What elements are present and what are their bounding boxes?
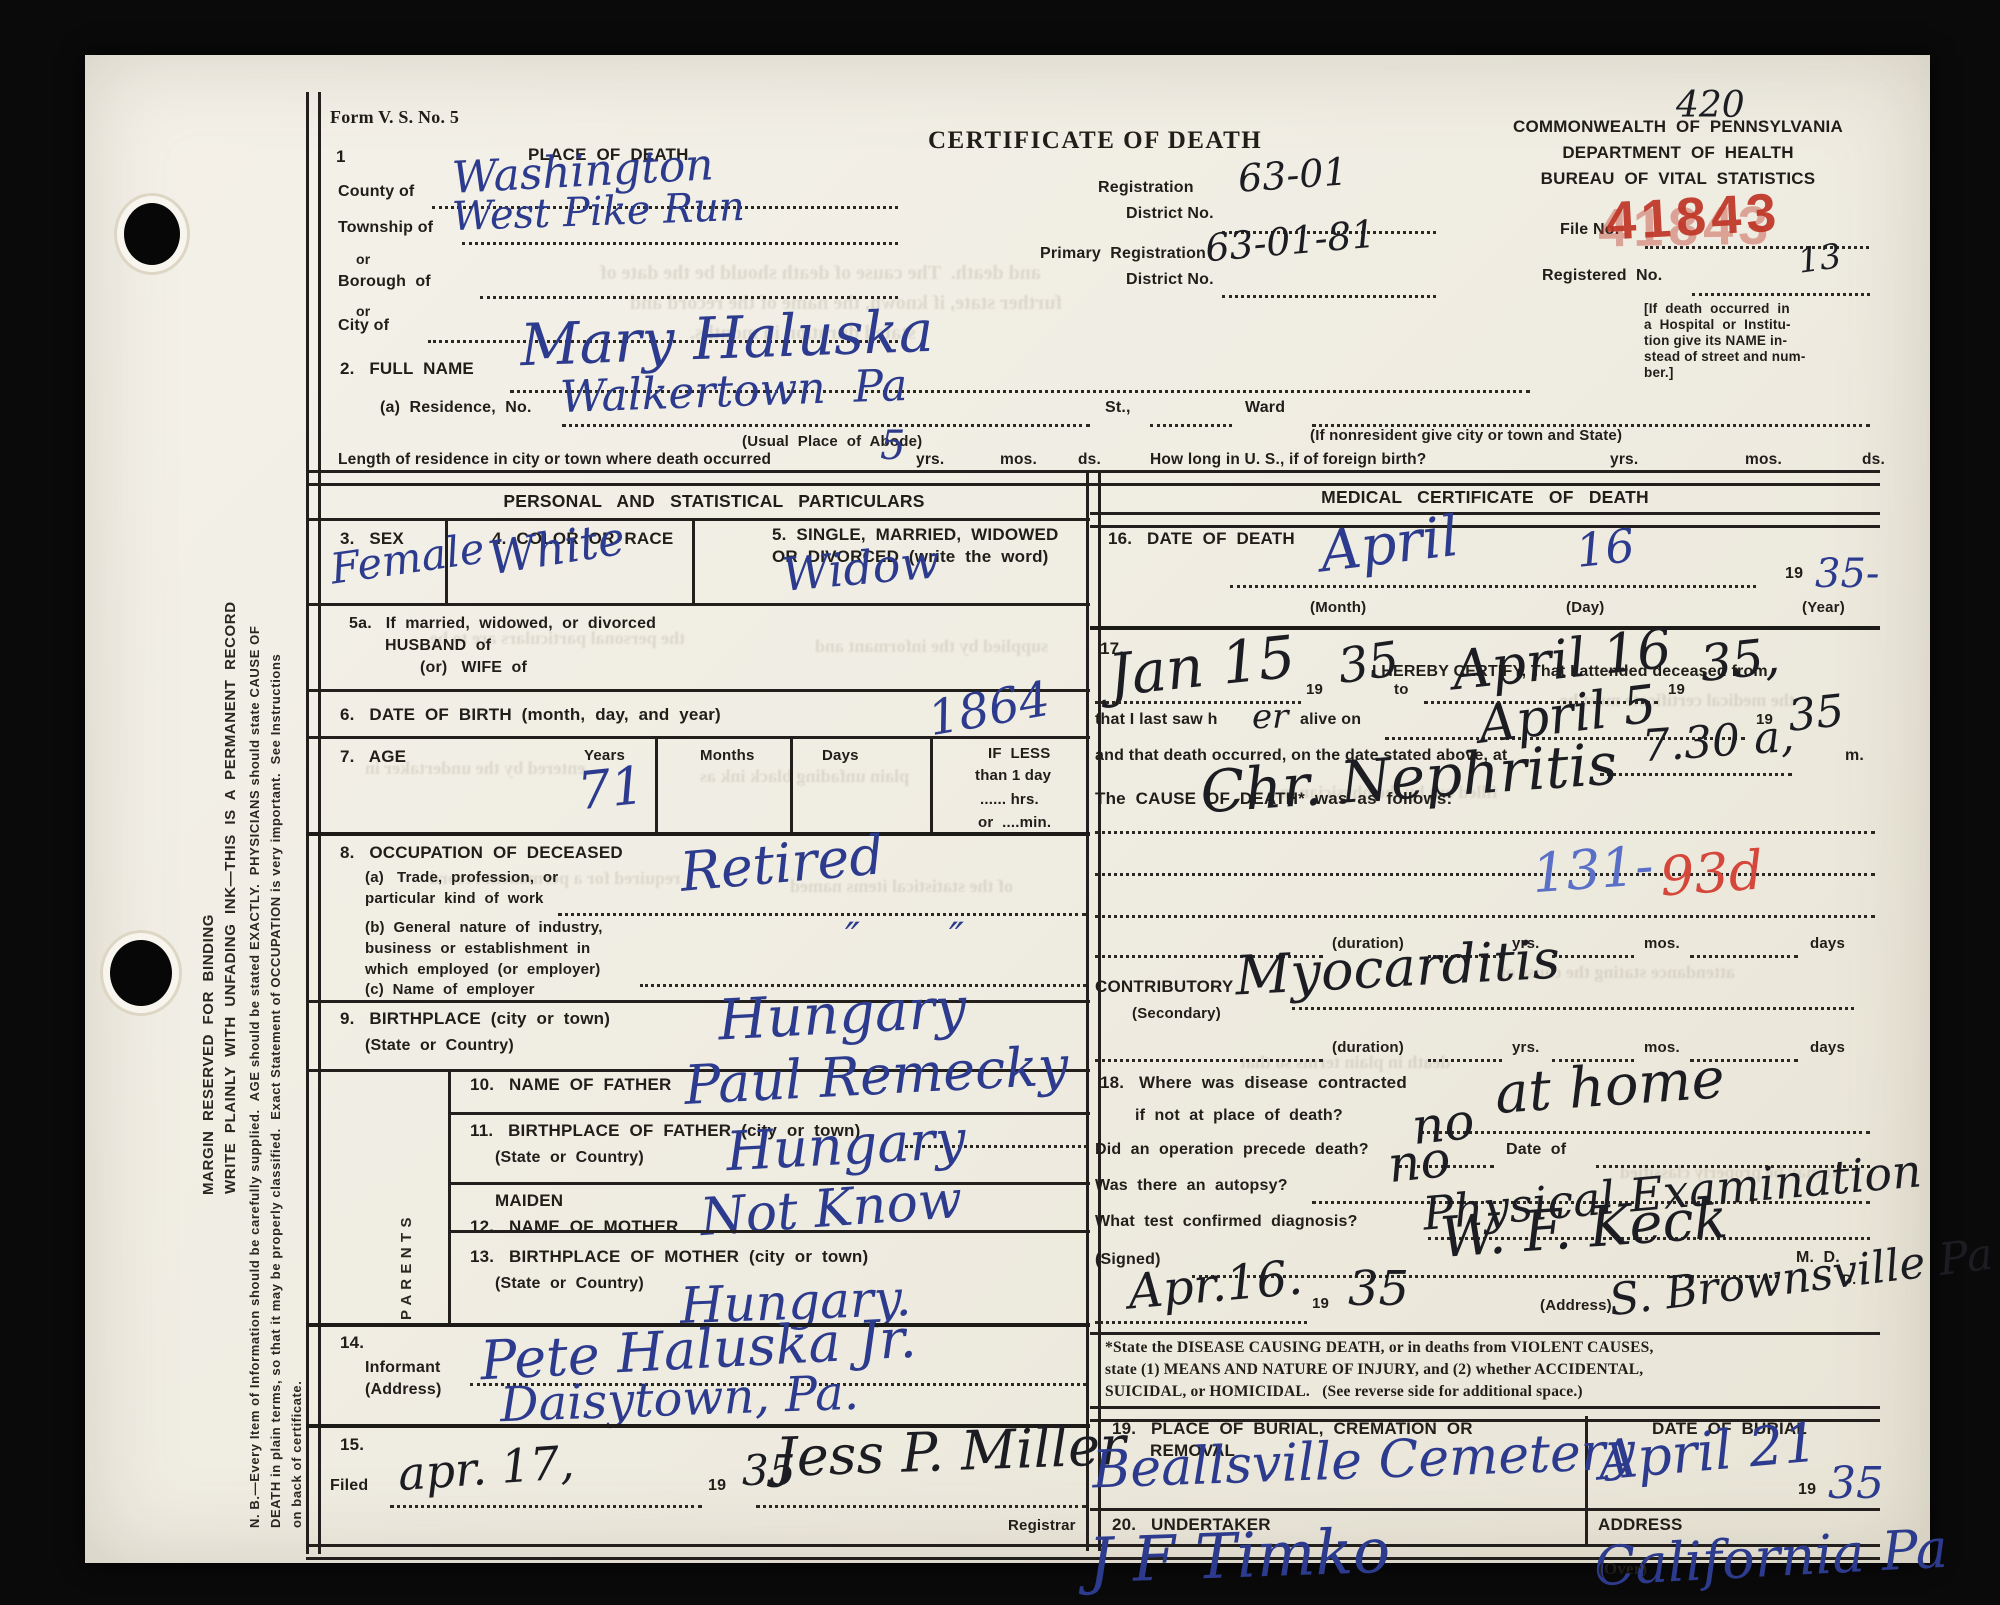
duration-1-days: days [1810,936,1845,952]
occupation-label: 8. OCCUPATION OF DECEASED [340,844,623,862]
punch-hole-top [124,203,180,265]
occupation-b-label-3: which employed (or employer) [365,962,600,978]
row-6-rule [306,736,1090,739]
death-year-entry: 35- [1815,556,1879,592]
autopsy-entry: no [1386,1137,1453,1188]
operation-date-label: Date of [1506,1142,1566,1159]
sign-date-line [1095,1318,1307,1324]
filed-line-2 [756,1502,1086,1508]
age-label: 7. AGE [340,748,406,766]
if-less-label-2: than 1 day [975,768,1051,784]
alive-on-label: alive on [1300,712,1361,729]
cause-code-red-entry: 93d [1658,846,1764,902]
age-divider-1 [655,736,658,832]
death-certificate-scan: and death. The cause of death should be … [0,0,2000,1605]
registrar-label: Registrar [1008,1518,1076,1534]
physician-signature: W. F. Keck [1439,1194,1730,1264]
nonresident-caption: (If nonresident give city or town and St… [1310,428,1622,444]
occupation-a-label-1: (a) Trade, profession, or [365,870,558,886]
birthplace-label: 9. BIRTHPLACE (city or town) [340,1010,610,1028]
occupation-a-line [558,910,1086,916]
occupation-c-label: (c) Name of employer [365,982,535,998]
hospital-note-line-1: [If death occurred in [1644,302,1790,316]
row-8-rule [306,1000,1090,1003]
age-divider-2 [790,736,793,832]
form-number: Form V. S. No. 5 [330,108,459,127]
mos-label-2: mos. [1745,452,1782,468]
dob-label: 6. DATE OF BIRTH (month, day, and year) [340,706,721,724]
occupation-b-label-2: business or establishment in [365,941,590,957]
operation-label: Did an operation precede death? [1095,1142,1369,1159]
informant-address-entry: Daisytown, Pa. [499,1372,859,1428]
birthplace-entry: Hungary [717,984,968,1047]
attended-from-entry: Jan 15 [1106,630,1298,701]
agency-line-1: COMMONWEALTH OF PENNSYLVANIA [1480,118,1876,136]
contributory-entry: Myocarditis [1234,936,1561,1002]
occupation-b-label-1: (b) General nature of industry, [365,920,603,936]
parents-group-label: P A R E N T S [398,1090,415,1320]
burial-year-entry: 35 [1828,1464,1884,1504]
ward-label: Ward [1245,400,1285,417]
punch-hole-bottom [110,940,172,1006]
marital-entry: Widow [780,541,941,596]
burial-date-entry: April 21 [1596,1419,1819,1487]
medical-heading-rule [1090,512,1880,528]
registered-no-entry: 13 [1796,241,1843,277]
duration-2-line-a [1095,1056,1323,1062]
personal-section-heading: PERSONAL AND STATISTICAL PARTICULARS [340,492,1088,510]
ds-label-2: ds. [1862,452,1885,468]
father-birthplace-entry: Hungary [725,1116,967,1177]
yrs-label-2: yrs. [1610,452,1638,468]
row-19-rule [1090,1508,1880,1511]
residence-line [562,421,1090,427]
last-saw-year-entry: 35 [1786,691,1846,736]
hospital-note-line-3: tion give its NAME in- [1644,334,1787,348]
test-label: What test confirmed diagnosis? [1095,1214,1358,1231]
if-less-label-4: or ....min. [978,815,1051,831]
city-label: City of [338,318,389,335]
row-10-rule [448,1112,1090,1115]
how-long-us-label: How long in U. S., if of foreign birth? [1150,452,1426,468]
agency-line-2: DEPARTMENT OF HEALTH [1480,144,1876,162]
duration-1-line-d [1690,952,1798,958]
duration-2-yrs: yrs. [1512,1040,1540,1056]
autopsy-label: Was there an autopsy? [1095,1178,1288,1195]
full-name-label: 2. FULL NAME [340,360,474,378]
row-12-rule [448,1230,1090,1233]
registration-district-label-2: District No. [1126,206,1214,223]
registration-district-label: Registration [1098,180,1194,197]
filed-line-1 [390,1502,702,1508]
over-label: (Over) [1598,1560,1647,1578]
last-saw-label: that I last saw h [1095,712,1218,729]
day-caption: (Day) [1566,600,1605,616]
st-line [1150,421,1232,427]
township-line [462,239,898,245]
certificate-title: CERTIFICATE OF DEATH [928,128,1262,154]
age-years-entry: 71 [576,763,647,816]
filed-label: Filed [330,1478,368,1495]
if-less-label-1: IF LESS [988,746,1050,762]
sign-date-entry: Apr.16. [1126,1256,1304,1314]
sign-year-printed: 19 [1312,1296,1329,1312]
mother-label: 12. NAME OF MOTHER [470,1218,678,1236]
death-time-entry: 7.30 a, [1641,717,1796,767]
or-label-1: or [356,252,370,267]
parents-bracket-line [448,1069,451,1323]
birthplace-state-label: (State or Country) [365,1038,514,1055]
cause-line-1 [1095,828,1875,834]
mother-birthplace-label: 13. BIRTHPLACE OF MOTHER (city or town) [470,1248,868,1266]
occupation-a-label-2: particular kind of work [365,891,544,907]
disease-contracted-label-2: if not at place of death? [1135,1108,1343,1125]
contributory-line [1292,1004,1854,1010]
occupation-ditto-entry: ″ ″ [845,920,964,956]
informant-item-number: 14. [340,1334,364,1352]
duration-2-days: days [1810,1040,1845,1056]
mother-birthplace-state-label: (State or Country) [495,1276,644,1293]
primary-registration-label: Primary Registration [1040,246,1206,263]
if-less-label-3: ...... hrs. [980,792,1039,808]
mos-label: mos. [1000,452,1037,468]
father-label: 10. NAME OF FATHER [470,1076,672,1094]
show-through-ghost-line: plain unfading black ink as [700,766,909,787]
registered-no-line [1692,290,1870,296]
filed-item-number: 15. [340,1436,364,1454]
occupation-entry: Retired [678,831,885,897]
form-left-border [306,92,321,1554]
row-7-rule [306,832,1090,836]
medical-section-heading: MEDICAL CERTIFICATE OF DEATH [1090,488,1880,506]
informant-label: Informant [365,1360,441,1377]
secondary-caption: (Secondary) [1132,1006,1221,1022]
duration-2-label: (duration) [1332,1040,1404,1056]
filed-year-printed: 19 [708,1478,726,1495]
death-day-entry: 16 [1574,525,1637,572]
agency-line-3: BUREAU OF VITAL STATISTICS [1480,170,1876,188]
footnote-line-1: *State the DISEASE CAUSING DEATH, or in … [1105,1340,1654,1356]
maiden-label: MAIDEN [495,1192,563,1210]
hospital-note-line-4: stead of street and num- [1644,350,1806,364]
yrs-label: yrs. [916,452,944,468]
last-saw-her-entry: er [1252,702,1288,733]
disease-contracted-entry: at home [1494,1054,1727,1120]
county-label: County of [338,184,414,201]
duration-1-line-c [1552,952,1634,958]
contributory-label: CONTRIBUTORY [1095,978,1233,996]
to-label: to [1394,682,1409,698]
to-year-printed: 19 [1668,682,1685,698]
signature-block-rule [1090,1332,1880,1335]
cause-line-3 [1095,912,1875,918]
to-year-entry: 35, [1698,634,1782,687]
length-residence-label: Length of residence in city or town wher… [338,452,771,468]
show-through-ghost-line: and death. The cause of death should be … [600,262,1041,285]
length-residence-entry: 5 [880,428,905,464]
month-caption: (Month) [1310,600,1366,616]
father-birthplace-state-label: (State or Country) [495,1150,644,1167]
st-label: St., [1105,400,1131,417]
township-entry: West Pike Run [451,189,745,235]
disease-contracted-line [1420,1128,1870,1134]
margin-note-nb-2: DEATH in plain terms, so that it may be … [268,80,283,1528]
death-month-entry: April [1317,512,1461,579]
date-of-death-line [1230,582,1756,588]
row-3-5-rule [306,603,1090,606]
margin-note-binding: MARGIN RESERVED FOR BINDING [200,755,217,1195]
spouse-label-1: 5a. If married, widowed, or divorced [349,616,656,633]
item-1-number: 1 [336,148,346,166]
residence-entry: Walkertown Pa [559,366,908,418]
primary-registration-line [1222,292,1436,298]
filed-date-entry: apr. 17, [397,1442,576,1496]
hospital-note-line-2: a Hospital or Institu- [1644,318,1791,332]
age-divider-3 [930,736,933,832]
disease-contracted-label: 18. Where was disease contracted [1100,1074,1407,1092]
informant-address-label: (Address) [365,1382,441,1399]
death-year-printed: 19 [1785,566,1803,583]
spouse-label-2: HUSBAND of [385,638,491,655]
sign-year-entry: 35 [1348,1268,1409,1311]
margin-note-nb-3: on back of certificate. [289,1324,304,1528]
margin-note-nb-1: N. B.—Every Item of Information should b… [247,80,262,1528]
burial-year-printed: 19 [1798,1482,1816,1499]
death-time-m-label: m. [1845,748,1864,765]
column-divider [1086,470,1101,1551]
hospital-note-line-5: ber.] [1644,366,1674,380]
from-year-entry: 35 [1335,638,1401,689]
footnote-line-3: SUICIDAL, or HOMICIDAL. (See reverse sid… [1105,1384,1583,1400]
file-no-stamp: 41843 [1604,181,1782,252]
registrar-signature: Jess P. Miller [774,1422,1126,1483]
township-label: Township of [338,220,433,237]
age-days-label: Days [822,748,859,764]
footnote-line-2: state (1) MEANS AND NATURE OF INJURY, an… [1105,1362,1643,1378]
address-caption: (Address) [1540,1298,1612,1314]
primary-registration-label-2: District No. [1126,272,1214,289]
registered-no-label: Registered No. [1542,268,1662,285]
show-through-ghost-line: supplied by the informant and [815,636,1048,657]
undertaker-entry: J F Timko [1087,1523,1391,1589]
registration-district-entry: 63-01 [1237,154,1349,196]
duration-2-line-b [1428,1056,1502,1062]
residence-label: (a) Residence, No. [380,400,532,417]
duration-1-mos: mos. [1644,936,1680,952]
ds-label: ds. [1078,452,1101,468]
death-time-line [1600,770,1792,776]
age-months-label: Months [700,748,755,764]
year-caption: (Year) [1802,600,1845,616]
race-marital-divider [692,518,695,603]
spouse-label-3: (or) WIFE of [420,660,527,677]
personal-heading-rule [306,518,1090,521]
margin-note-write-plainly: WRITE PLAINLY WITH UNFADING INK—THIS IS … [222,322,239,1194]
borough-label: Borough of [338,274,431,291]
cause-code-blue-entry: 131- [1530,842,1654,899]
borough-line [480,293,898,299]
date-of-death-label: 16. DATE OF DEATH [1108,530,1295,548]
from-year-printed: 19 [1306,682,1323,698]
